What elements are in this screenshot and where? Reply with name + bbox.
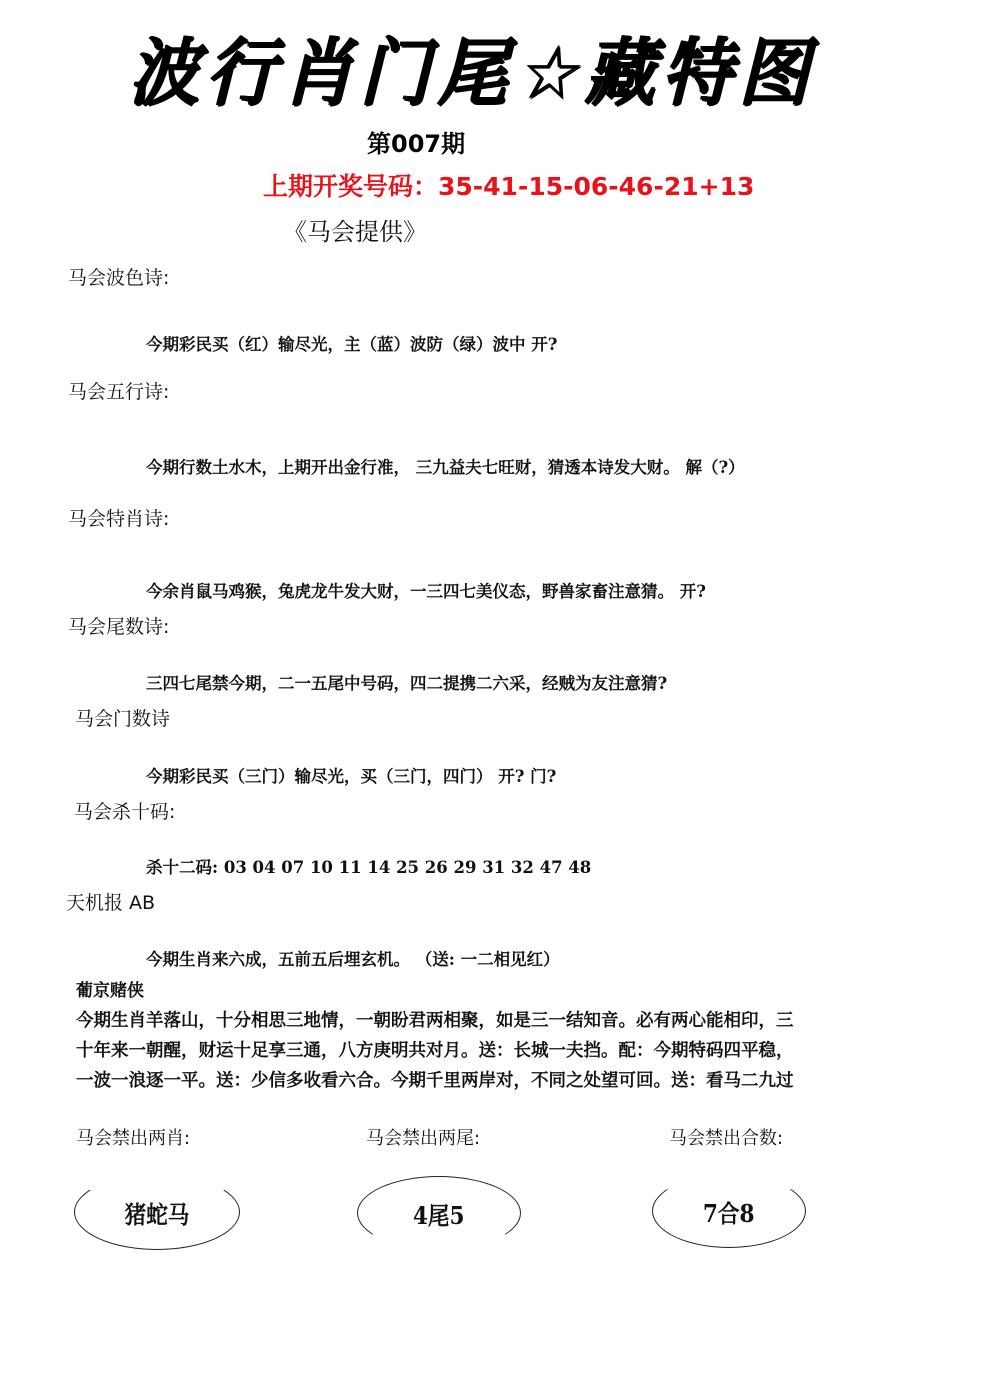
title-char: 波 [125,31,216,115]
paragraph-line: 一波一浪逐一平。送：少信多收看六合。今期千里两岸对，不同之处望可回。送：看马二九… [76,1066,906,1096]
section-text-kill-numbers: 杀十二码: 03 04 07 10 11 14 25 26 29 31 32 4… [146,854,591,878]
page-title: 波 行 肖 门 尾 ☆ 藏 特 图 [135,28,815,118]
gambler-paragraph: 今期生肖羊落山，十分相思三地情，一朝盼君两相聚，如是三一结知音。必有两心能相印，… [76,1006,906,1096]
issue-number: 第007期 [367,124,465,159]
section-text-wave-color: 今期彩民买（红）输尽光，主（蓝）波防（绿）波中 开? [146,331,557,355]
title-char: 门 [356,31,447,115]
star-icon: ☆ [510,31,594,115]
section-heading-kill-numbers: 马会杀十码: [74,797,175,824]
ban-oval-tail: 4尾5 [357,1176,521,1250]
section-text-door-number: 今期彩民买（三门）输尽光，买（三门，四门） 开? 门? [146,763,556,787]
title-char: 肖 [279,31,370,115]
ban-value-sum: 7合8 [703,1194,755,1229]
section-heading-five-elements: 马会五行诗: [68,377,169,404]
ban-oval-zodiac: 猪蛇马 [74,1174,240,1250]
provider-label: 《马会提供》 [283,212,427,247]
ban-value-zodiac: 猪蛇马 [125,1195,190,1230]
title-char: 藏 [580,31,671,115]
ban-label-zodiac: 马会禁出两肖: [76,1124,190,1150]
paragraph-line: 十年来一朝醒，财运十足享三通，八方庚明共对月。送：长城一夫挡。配：今期特码四平稳… [76,1036,906,1066]
section-text-five-elements: 今期行数土水木，上期开出金行准， 三九益夫七旺财，猜透本诗发大财。 解（?） [146,454,745,478]
ban-value-tail: 4尾5 [413,1196,465,1231]
section-text-tail-number: 三四七尾禁今期，二一五尾中号码，四二提携二六采，经贼为友注意猜? [146,670,667,694]
section-heading-wave-color: 马会波色诗: [68,263,169,290]
section-heading-tianji: 天机报 AB [66,888,155,915]
title-char: 尾 [433,31,524,115]
ban-label-tail: 马会禁出两尾: [366,1124,480,1150]
section-heading-special-zodiac: 马会特肖诗: [68,504,169,531]
section-heading-door-number: 马会门数诗 [75,704,170,731]
title-char: 特 [657,31,748,115]
section-heading-tail-number: 马会尾数诗: [68,612,169,639]
section-heading-gambler: 葡京赌侠 [76,976,144,1001]
section-text-special-zodiac: 今余肖鼠马鸡猴，兔虎龙牛发大财，一三四七美仪态，野兽家畜注意猜。 开? [146,578,706,602]
ban-label-sum: 马会禁出合数: [669,1124,783,1150]
section-text-tianji: 今期生肖来六成，五前五后埋玄机。 （送: 一二相见红） [146,946,560,970]
title-char: 图 [734,31,825,115]
last-draw-numbers: 上期开奖号码：35-41-15-06-46-21+13 [263,167,754,203]
ban-oval-sum: 7合8 [652,1174,806,1248]
paragraph-line: 今期生肖羊落山，十分相思三地情，一朝盼君两相聚，如是三一结知音。必有两心能相印，… [76,1006,906,1036]
title-char: 行 [202,31,293,115]
